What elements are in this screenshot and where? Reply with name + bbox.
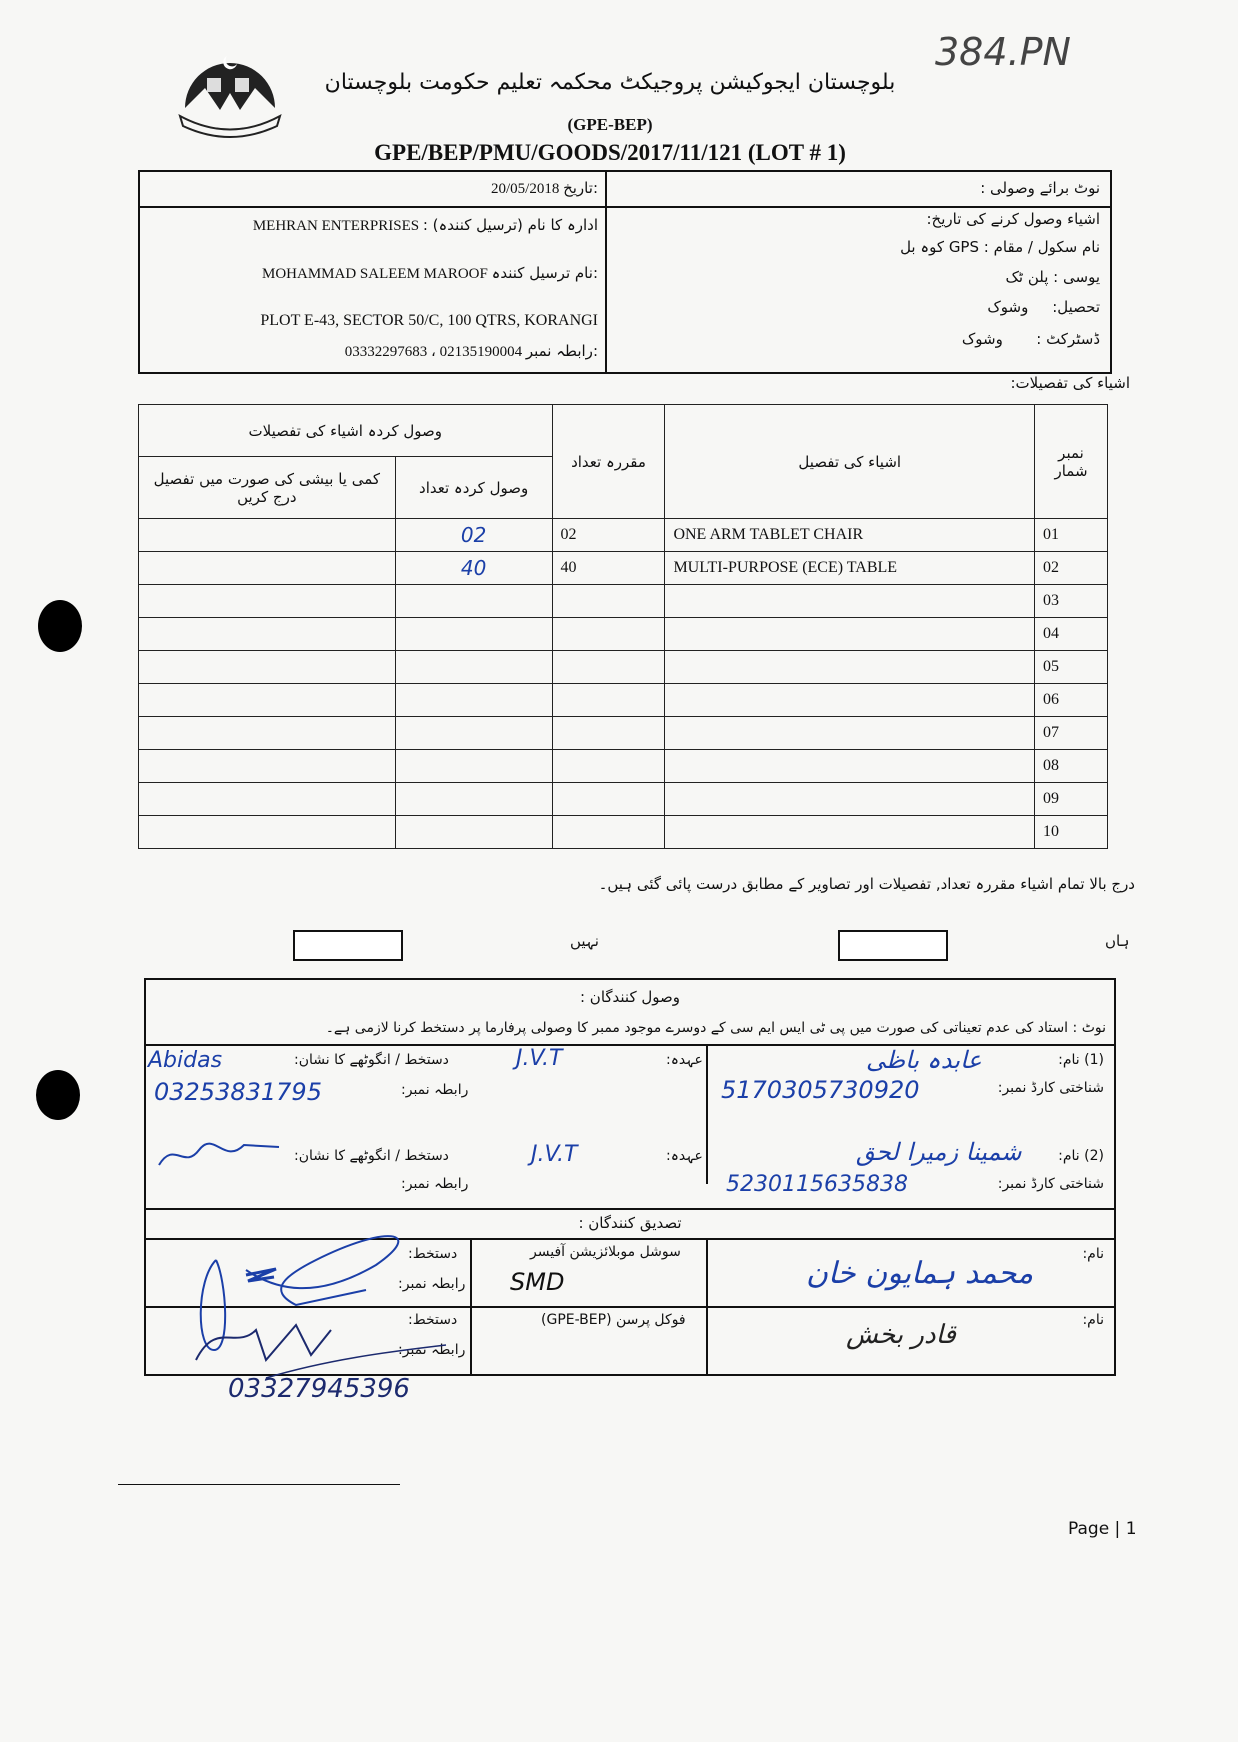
table-row: 03 [139,585,1108,618]
receiver-2-signature-icon [154,1135,284,1175]
table-row: 06 [139,684,1108,717]
supplier-receipt-info: 20/05/2018 تاریخ: MEHRAN ENTERPRISES ادا… [138,170,1112,374]
footer-divider [118,1484,400,1485]
receiver-2-name: شمینا زمیرا لحق [856,1138,1021,1166]
receiver-2-cnic: 5230115635838 [726,1172,908,1197]
fixed-qty-cell: 02 [552,519,665,552]
fixed-qty-cell [552,618,665,651]
receiver-1-name-label: (1) نام: [1058,1052,1104,1068]
tehsil-value: وشوک [987,298,1028,316]
fixed-qty-cell [552,651,665,684]
shortfall-cell [139,750,396,783]
description-cell: MULTI-PURPOSE (ECE) TABLE [665,552,1035,585]
receiver-2-cnic-label: شناختی کارڈ نمبر: [998,1176,1104,1192]
description-cell [665,816,1035,849]
fixed-qty-cell [552,585,665,618]
project-abbreviation: (GPE-BEP) [300,115,920,135]
receiver-2-designation-label: عہدہ: [666,1148,703,1164]
tehsil-label: تحصیل: [1052,298,1100,316]
uc-label: یوسی : [1053,268,1100,286]
receipt-note-label: نوٹ برائے وصولی : [980,179,1100,197]
receiver-1-cnic-label: شناختی کارڈ نمبر: [998,1080,1104,1096]
reference-number: GPE/BEP/PMU/GOODS/2017/11/121 (LOT # 1) [300,140,920,166]
receiver-1-designation-label: عہدہ: [666,1052,703,1068]
shortfall-cell [139,618,396,651]
receiver-1-signature: Abidas [148,1048,222,1073]
supplier-contact: 03332297683 ، 02135190004 [345,344,522,360]
shortfall-cell [139,717,396,750]
received-qty-cell [395,717,552,750]
district-value: وشوک [962,330,1003,348]
shortfall-cell [139,684,396,717]
receiver-1-designation: J.V.T [516,1046,562,1071]
balochistan-emblem-icon [175,48,285,143]
table-row: 0202ONE ARM TABLET CHAIR01 [139,519,1108,552]
description-header: اشیاء کی تفصیل [665,405,1035,519]
department-title-urdu: بلوچستان ایجوکیشن پروجیکٹ محکمہ تعلیم حک… [300,70,920,95]
serial-cell: 01 [1035,519,1108,552]
table-row: 07 [139,717,1108,750]
receiver-1-signature-label: دستخط / انگوٹھے کا نشان: [294,1052,449,1068]
handwritten-page-reference: 384.PN [935,30,1071,74]
verifier-2-name-label: نام: [1082,1312,1104,1328]
sender-label: نام ترسیل کنندہ: [492,264,598,282]
yes-checkbox[interactable] [838,930,948,961]
verifier-1-name: محمد ہمایون خان [806,1256,1033,1291]
receiver-1-contact: 03253831795 [154,1078,322,1106]
items-table: وصول کردہ اشیاء کی تفصیلات مقررہ تعداد ا… [138,404,1108,849]
supplier-org-label: ادارہ کا نام (ترسیل کنندہ) : [423,216,598,234]
supplier-contact-label: رابطہ نمبر: [526,342,598,360]
received-qty-header: وصول کردہ تعداد [395,457,552,519]
yes-label: ہاں [1105,932,1129,950]
verifier-2-name: قادر بخش [846,1320,956,1350]
school-value: GPS کوہ بل [900,238,979,256]
confirmation-statement: درج بالا تمام اشیاء مقررہ تعداد, تفصیلات… [560,875,1135,893]
table-row: 4040MULTI-PURPOSE (ECE) TABLE02 [139,552,1108,585]
no-checkbox[interactable] [293,930,403,961]
verifier-signatures-icon [186,1220,466,1380]
serial-cell: 10 [1035,816,1108,849]
fixed-qty-cell [552,750,665,783]
received-qty-cell [395,585,552,618]
description-cell [665,750,1035,783]
verifier-1-role: سوشل موبلائزیشن آفیسر [530,1244,681,1260]
serial-header: نمبر شمار [1035,405,1108,519]
serial-cell: 02 [1035,552,1108,585]
receivers-title: وصول کنندگان : [146,988,1114,1006]
description-cell [665,651,1035,684]
fixed-qty-cell: 40 [552,552,665,585]
uc-value: پلن ٹک [1005,268,1048,286]
received-qty-cell [395,651,552,684]
received-qty-cell: 02 [395,519,552,552]
sender-name: MOHAMMAD SALEEM MAROOF [262,266,488,282]
date-label: تاریخ: [563,179,598,197]
received-qty-cell [395,618,552,651]
serial-cell: 06 [1035,684,1108,717]
fixed-qty-cell [552,684,665,717]
received-qty-cell [395,816,552,849]
receive-date-label: اشیاء وصول کرنے کی تاریخ: [926,210,1100,228]
receivers-verifiers-panel: وصول کنندگان : نوٹ : استاد کی عدم تعینات… [144,978,1116,1376]
receiver-1-cnic: 5170305730920 [721,1076,920,1104]
description-cell [665,585,1035,618]
description-cell [665,717,1035,750]
received-qty-cell: 40 [395,552,552,585]
fixed-qty-header: مقررہ تعداد [552,405,665,519]
table-row: 04 [139,618,1108,651]
receiver-1-contact-label: رابطہ نمبر: [401,1082,468,1098]
verifier-1-name-label: نام: [1082,1246,1104,1262]
page-number: Page | 1 [1068,1519,1137,1539]
fixed-qty-cell [552,717,665,750]
table-row: 08 [139,750,1108,783]
received-qty-cell [395,783,552,816]
shortfall-cell [139,651,396,684]
dispatch-date: 20/05/2018 [491,181,559,197]
shortfall-cell [139,816,396,849]
fixed-qty-cell [552,783,665,816]
serial-cell: 09 [1035,783,1108,816]
serial-cell: 03 [1035,585,1108,618]
table-row: 05 [139,651,1108,684]
district-label: ڈسٹرکٹ : [1036,330,1100,348]
school-label: نام سکول / مقام : [984,238,1100,256]
receiver-2-designation: J.V.T [531,1142,577,1167]
receiver-2-contact-label: رابطہ نمبر: [401,1176,468,1192]
verifier-2-role: فوکل پرسن (GPE-BEP) [541,1312,686,1328]
received-qty-cell [395,750,552,783]
receiver-2-name-label: (2) نام: [1058,1148,1104,1164]
receiver-1-name: عابدہ باظی [866,1046,982,1074]
shortfall-cell [139,519,396,552]
no-label: نہیں [570,932,599,950]
table-row: 10 [139,816,1108,849]
punch-hole-mark [36,1070,80,1120]
description-cell [665,618,1035,651]
description-cell [665,684,1035,717]
serial-cell: 05 [1035,651,1108,684]
receivers-note: نوٹ : استاد کی عدم تعیناتی کی صورت میں پ… [326,1020,1106,1036]
supplier-org-name: MEHRAN ENTERPRISES [253,218,419,234]
table-row: 09 [139,783,1108,816]
serial-cell: 04 [1035,618,1108,651]
verifier-1-role-mark: SMD [510,1268,564,1296]
verifier-2-contact: 03327945396 [228,1374,410,1404]
shortfall-cell [139,783,396,816]
description-cell [665,783,1035,816]
serial-cell: 08 [1035,750,1108,783]
serial-cell: 07 [1035,717,1108,750]
fixed-qty-cell [552,816,665,849]
items-section-label: اشیاء کی تفصیلات: [900,374,1130,392]
supplier-address: PLOT E-43, SECTOR 50/C, 100 QTRS, KORANG… [150,312,598,330]
shortfall-cell [139,585,396,618]
received-details-header: وصول کردہ اشیاء کی تفصیلات [139,405,553,457]
description-cell: ONE ARM TABLET CHAIR [665,519,1035,552]
receiver-2-signature-label: دستخط / انگوٹھے کا نشان: [294,1148,449,1164]
shortfall-header: کمی یا بیشی کی صورت میں تفصیل درج کریں [139,457,396,519]
punch-hole-mark [38,600,82,652]
shortfall-cell [139,552,396,585]
received-qty-cell [395,684,552,717]
